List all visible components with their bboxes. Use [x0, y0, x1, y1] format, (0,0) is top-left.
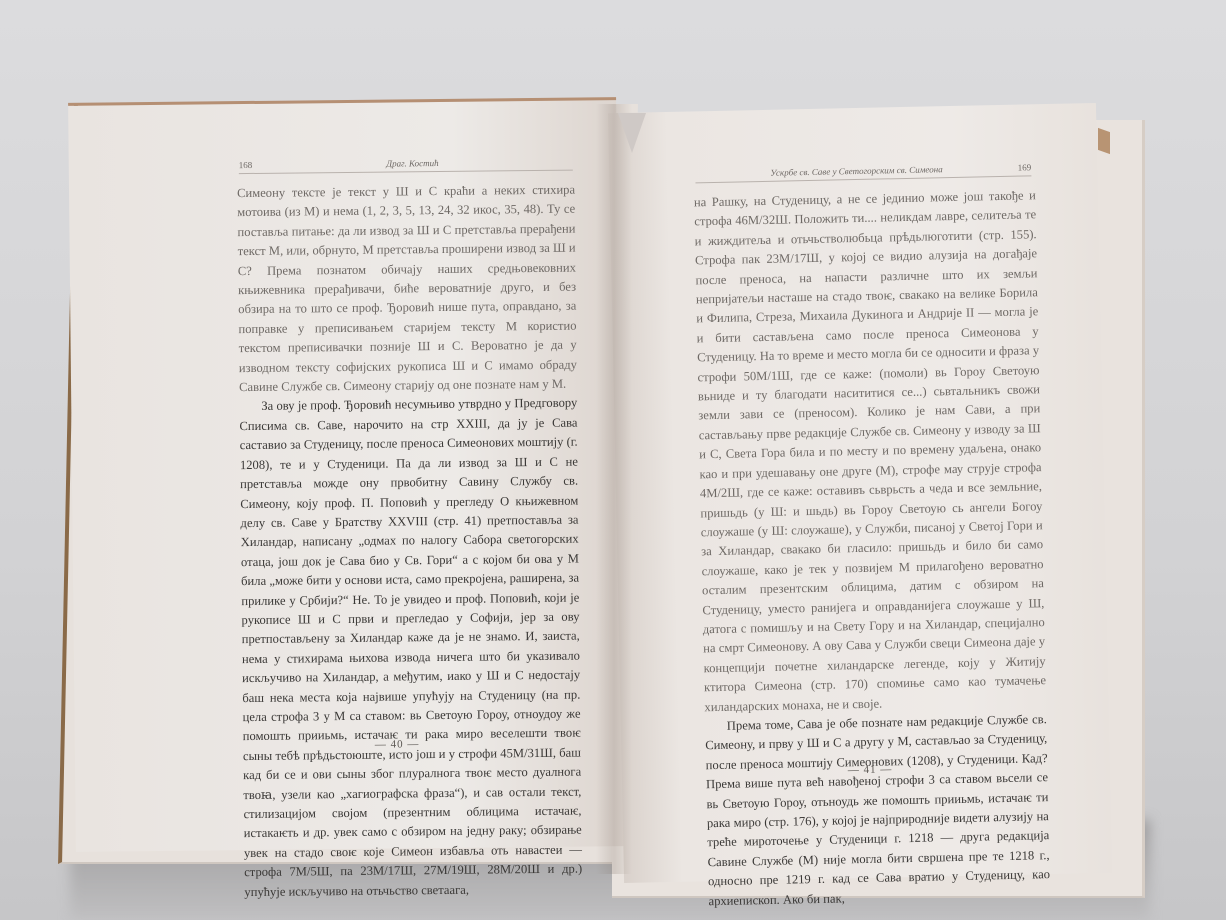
left-page-number: 168	[239, 160, 253, 170]
right-running-head: Ускрбе св. Саве у Светогорским св. Симео…	[695, 162, 1031, 183]
right-running-title: Ускрбе св. Саве у Светогорским св. Симео…	[770, 164, 943, 178]
right-page-number: 169	[1018, 162, 1032, 172]
right-page: Ускрбе св. Саве у Светогорским св. Симео…	[608, 103, 1112, 883]
right-body-text: на Рашку, на Студеницу, а не се јединио …	[694, 186, 1051, 911]
left-paragraph-1: Симеону тексте је текст у Ш и С краћи а …	[237, 181, 577, 398]
left-page: 168 Драг. Костић Симеону тексте је текст…	[68, 97, 624, 852]
cover-corner	[1098, 128, 1110, 154]
right-folio: — 41 —	[848, 763, 893, 776]
right-paragraph-2: Према томе, Сава је обе познате нам реда…	[705, 710, 1051, 911]
page-fold-corner	[618, 113, 646, 153]
open-book: 168 Драг. Костић Симеону тексте је текст…	[0, 0, 1226, 920]
left-paragraph-2: За ову је проф. Ђоровић несумњиво утврдн…	[239, 394, 582, 902]
right-paragraph-1: на Рашку, на Студеницу, а не се јединио …	[694, 186, 1047, 717]
left-body-text: Симеону тексте је текст у Ш и С краћи а …	[237, 181, 583, 903]
book-gutter	[596, 104, 632, 874]
left-folio: — 40 —	[375, 738, 420, 750]
left-running-title: Драг. Костић	[386, 158, 438, 169]
left-running-head: 168 Драг. Костић	[239, 157, 573, 174]
